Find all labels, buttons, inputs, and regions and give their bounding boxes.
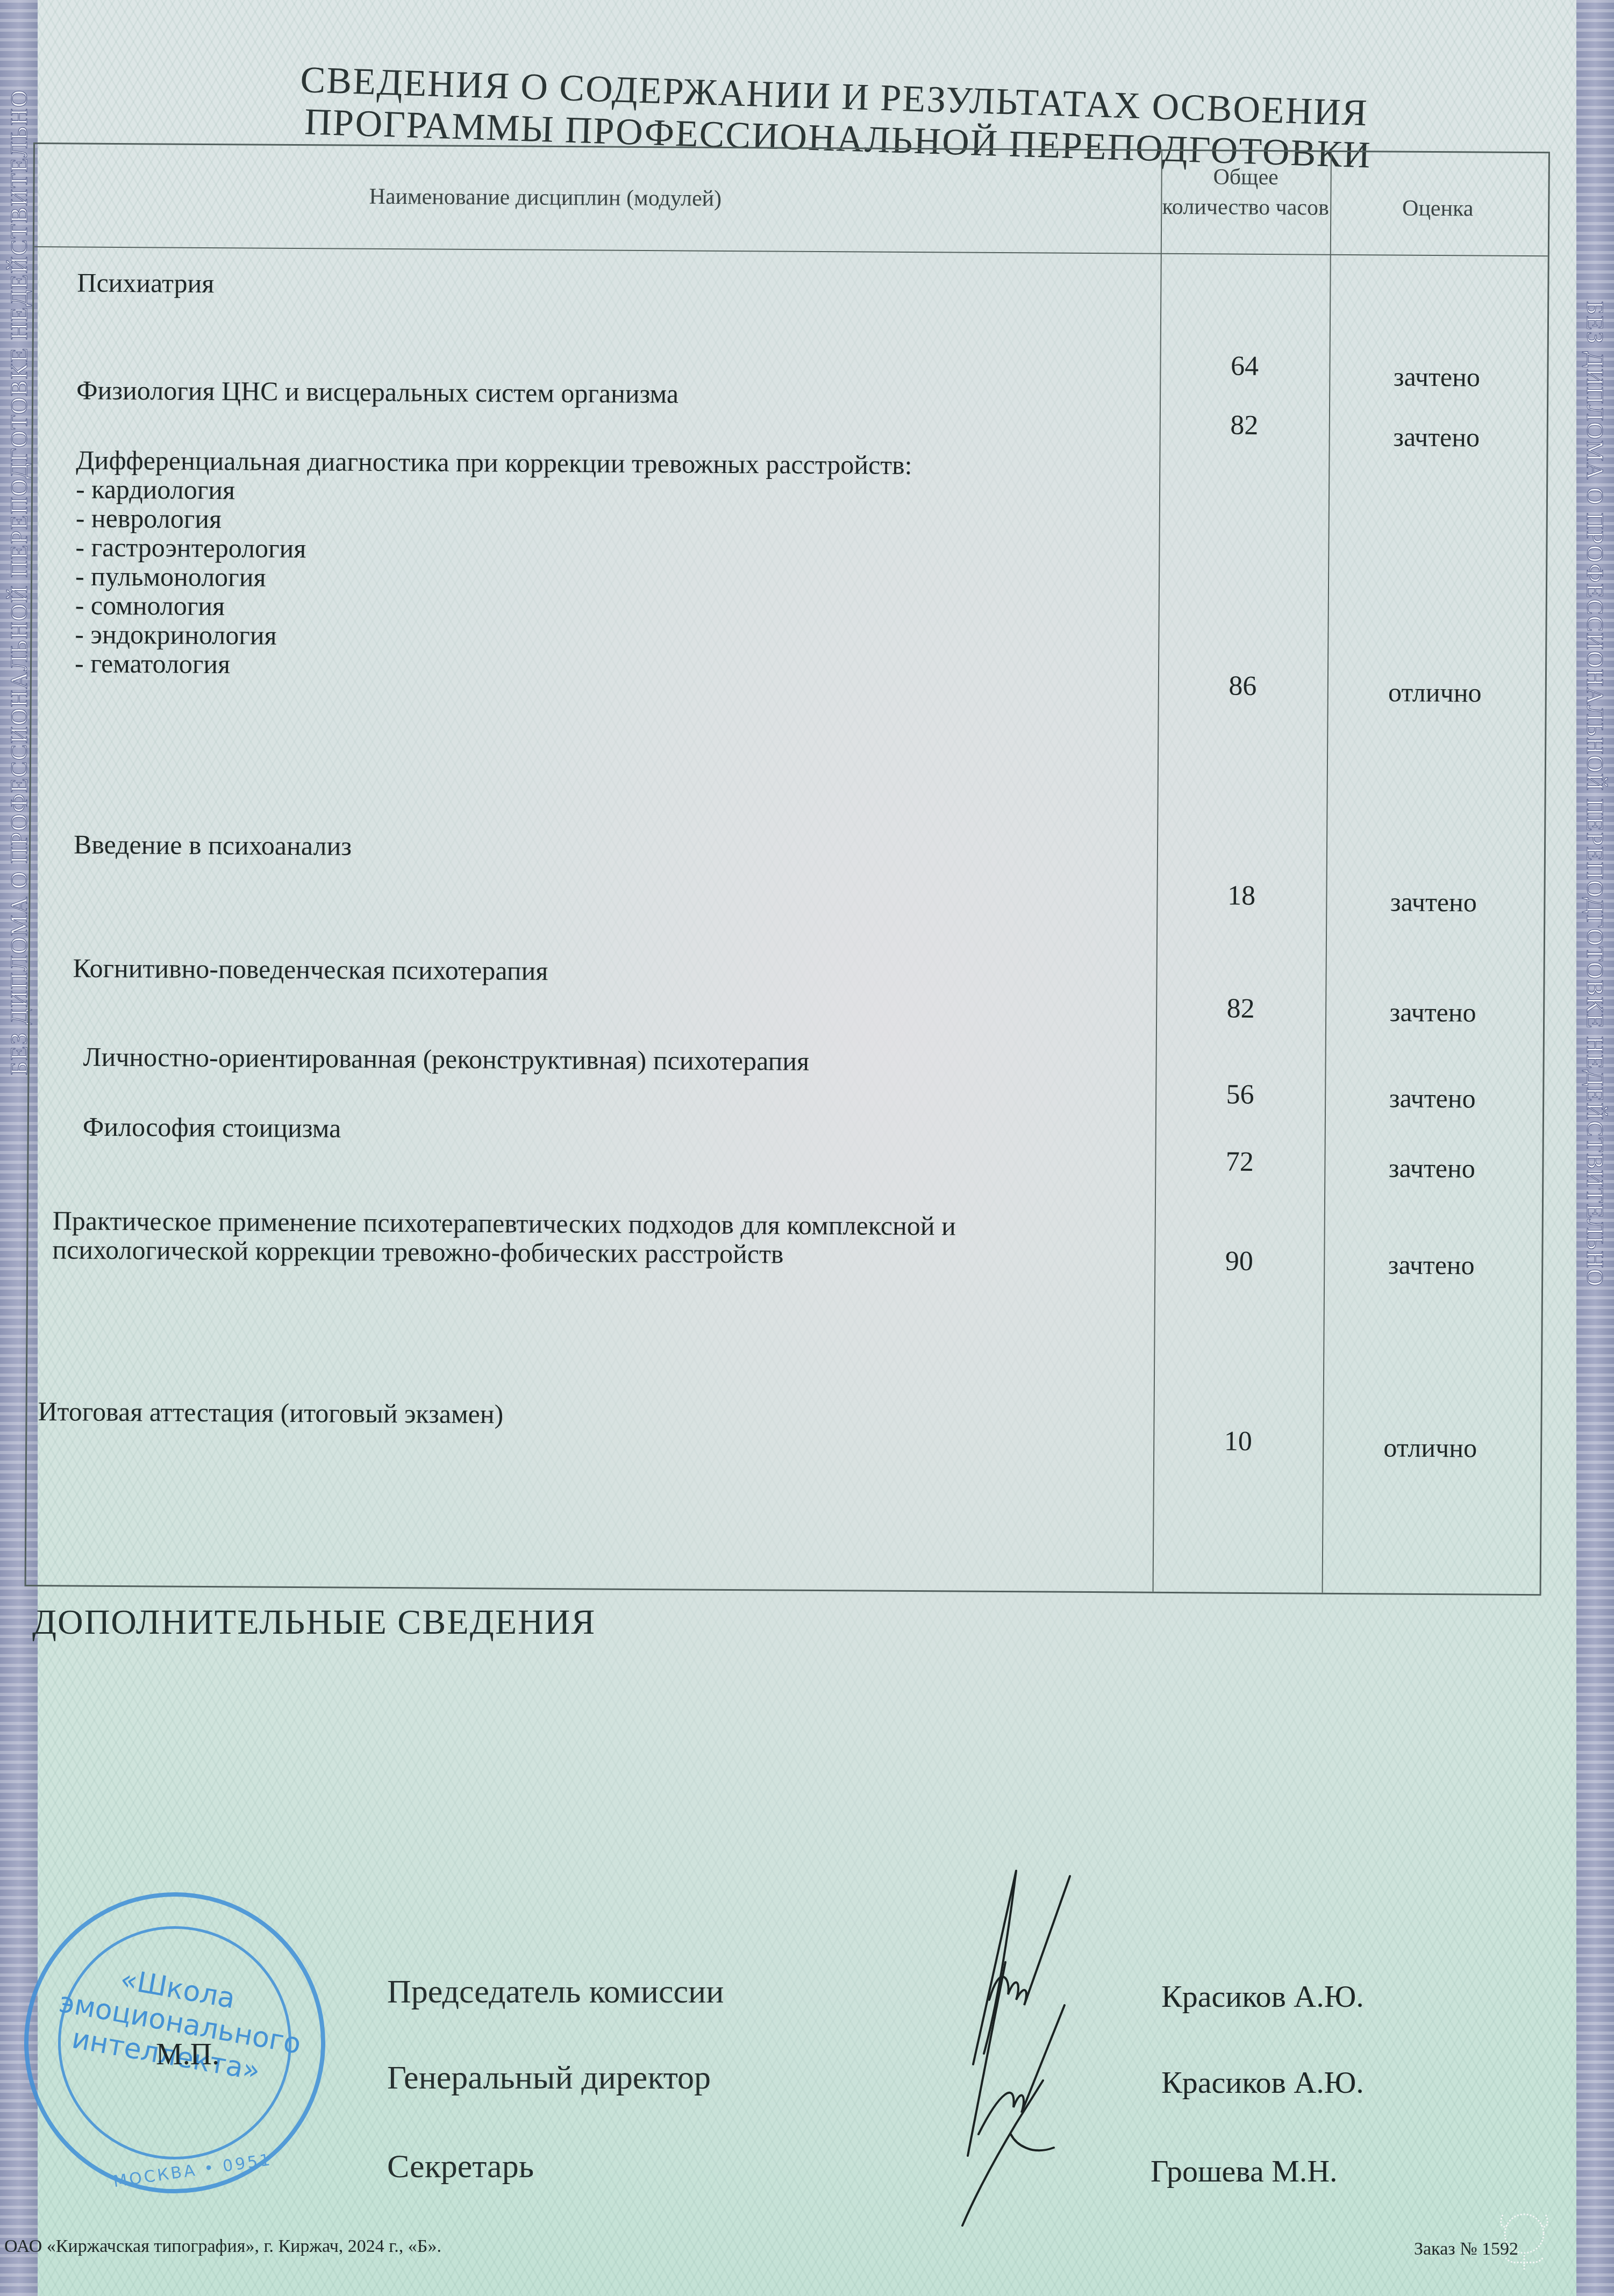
table-row: Когнитивно-поведенческая психотерапия 82…	[30, 953, 1544, 962]
discipline-grade: отлично	[1323, 1432, 1538, 1464]
table-body: Психиатрия Физиология ЦНС и висцеральных…	[26, 144, 1548, 1594]
table-row: Итоговая аттестация (итоговый экзамен) 1…	[27, 1397, 1541, 1406]
discipline-hours: 82	[1160, 409, 1329, 442]
disciplines-table: Наименование дисциплин (модулей) Общее к…	[25, 142, 1550, 1596]
discipline-grade: зачтено	[1324, 1152, 1539, 1184]
discipline-hours: 86	[1158, 670, 1327, 703]
table-row: Физиология ЦНС и висцеральных систем орг…	[34, 343, 1547, 352]
signatory-role: Председатель комиссии	[387, 1973, 724, 2011]
signatory-name: Красиков А.Ю.	[1161, 1978, 1364, 2014]
printer-imprint: ОАО «Киржачская типография», г. Киржач, …	[4, 2236, 441, 2257]
discipline-grade: зачтено	[1325, 1082, 1540, 1114]
discipline-hours: 18	[1156, 879, 1326, 912]
discipline-grade: зачтено	[1329, 361, 1544, 393]
table-row: Психиатрия	[34, 268, 1548, 277]
right-border-text: БЕЗ ДИПЛОМА О ПРОФЕССИОНАЛЬНОЙ ПЕРЕПОДГО…	[1581, 301, 1609, 1287]
signatory-role: Секретарь	[387, 2148, 534, 2186]
signatory-role: Генеральный директор	[387, 2059, 711, 2097]
signatory-name: Красиков А.Ю.	[1161, 2064, 1364, 2100]
table-row: Философия стоицизма 72 зачтено	[29, 1112, 1542, 1121]
right-security-border: БЕЗ ДИПЛОМА О ПРОФЕССИОНАЛЬНОЙ ПЕРЕПОДГО…	[1576, 0, 1614, 2296]
discipline-grade: зачтено	[1324, 1249, 1539, 1281]
discipline-name: Введение в психоанализ	[74, 829, 1122, 865]
table-row: Введение в психоанализ 18 зачтено	[31, 840, 1544, 849]
discipline-name: Когнитивно-поведенческая психотерапия	[73, 953, 1121, 989]
discipline-hours: 72	[1155, 1146, 1324, 1178]
discipline-hours: 82	[1156, 992, 1325, 1025]
additional-info-heading: ДОПОЛНИТЕЛЬНЫЕ СВЕДЕНИЯ	[32, 1602, 596, 1643]
diploma-supplement-page: БЕЗ ДИПЛОМА О ПРОФЕССИОНАЛЬНОЙ ПЕРЕПОДГО…	[0, 0, 1614, 2296]
watermark-emblem-icon	[1495, 2204, 1554, 2274]
discipline-hours: 64	[1160, 350, 1329, 383]
table-row: Практическое применение психотерапевтиче…	[28, 1206, 1542, 1215]
signatory-name: Грошева М.Н.	[1151, 2153, 1338, 2189]
discipline-grade: зачтено	[1325, 996, 1540, 1028]
discipline-hours: 56	[1155, 1078, 1325, 1111]
discipline-grade: зачтено	[1326, 886, 1541, 918]
discipline-grade: зачтено	[1329, 421, 1544, 453]
discipline-hours: 10	[1153, 1425, 1323, 1458]
handwritten-signatures	[909, 1855, 1156, 2231]
seal-place-label: М.П.	[156, 2037, 219, 2072]
discipline-name: Физиология ЦНС и висцеральных систем орг…	[76, 375, 1125, 411]
table-row: Личностно-ориентированная (реконструктив…	[30, 1042, 1543, 1051]
discipline-name: Личностно-ориентированная (реконструктив…	[83, 1042, 1131, 1078]
discipline-name: Психиатрия	[77, 268, 1125, 304]
discipline-name: Философия стоицизма	[83, 1112, 1131, 1148]
discipline-grade: отлично	[1327, 676, 1542, 709]
discipline-name: Практическое применение психотерапевтиче…	[52, 1206, 1128, 1270]
discipline-hours: 90	[1154, 1245, 1324, 1278]
discipline-name: Итоговая аттестация (итоговый экзамен)	[38, 1397, 1086, 1432]
discipline-name: Дифференциальная диагностика при коррекц…	[75, 445, 1125, 684]
